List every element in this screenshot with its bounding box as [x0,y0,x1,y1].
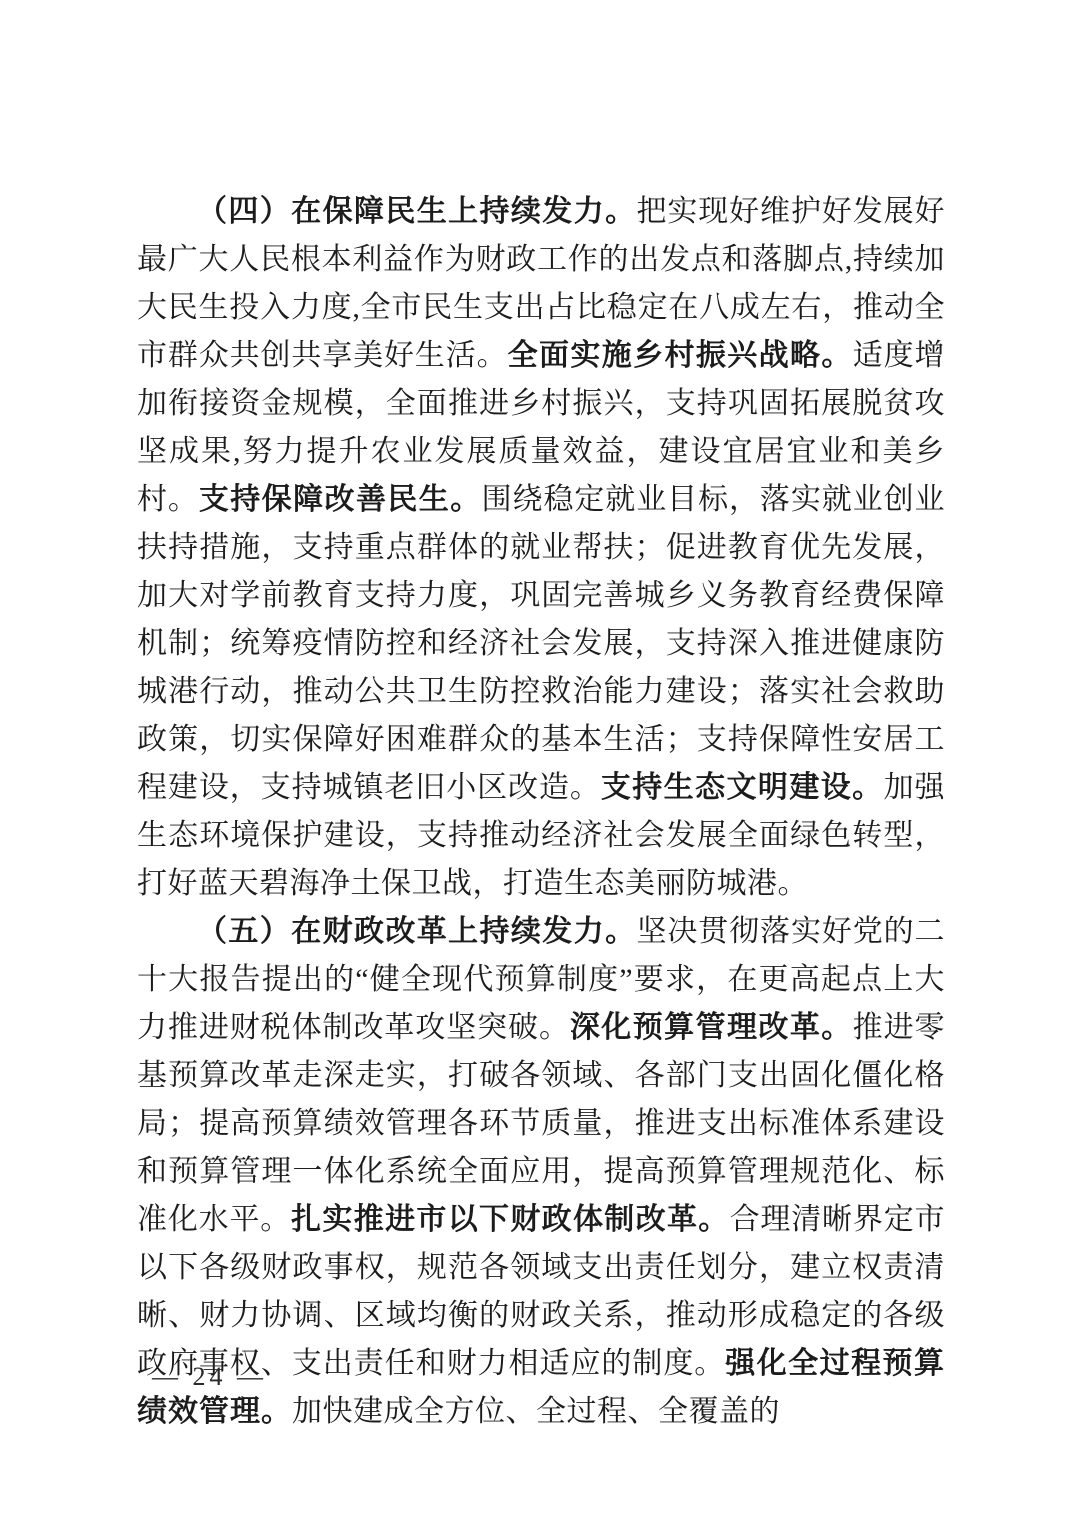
paragraph-section-4: （四）在保障民生上持续发力。把实现好维护好发展好最广大人民根本利益作为财政工作的… [137,188,945,908]
inline-heading-fiscal-system-reform: 扎实推进市以下财政体制改革。 [291,1203,729,1236]
section-4-heading: （四）在保障民生上持续发力。 [197,195,636,228]
inline-heading-livelihood: 支持保障改善民生。 [199,483,482,516]
inline-heading-budget-reform: 深化预算管理改革。 [570,1011,853,1044]
body-text: 围绕稳定就业目标，落实就业创业扶持措施，支持重点群体的就业帮扶；促进教育优先发展… [137,483,945,804]
page-footer: — 24 — [152,1362,267,1392]
inline-heading-rural-revitalization: 全面实施乡村振兴战略。 [508,339,853,372]
page-number: — 24 — [152,1362,267,1391]
document-body: （四）在保障民生上持续发力。把实现好维护好发展好最广大人民根本利益作为财政工作的… [137,188,945,1436]
paragraph-section-5: （五）在财政改革上持续发力。坚决贯彻落实好党的二十大报告提出的“健全现代预算制度… [137,908,945,1436]
document-page: （四）在保障民生上持续发力。把实现好维护好发展好最广大人民根本利益作为财政工作的… [0,0,1074,1520]
section-5-heading: （五）在财政改革上持续发力。 [197,915,636,948]
inline-heading-ecology: 支持生态文明建设。 [601,771,884,804]
body-text: 加快建成全方位、全过程、全覆盖的 [292,1395,780,1428]
